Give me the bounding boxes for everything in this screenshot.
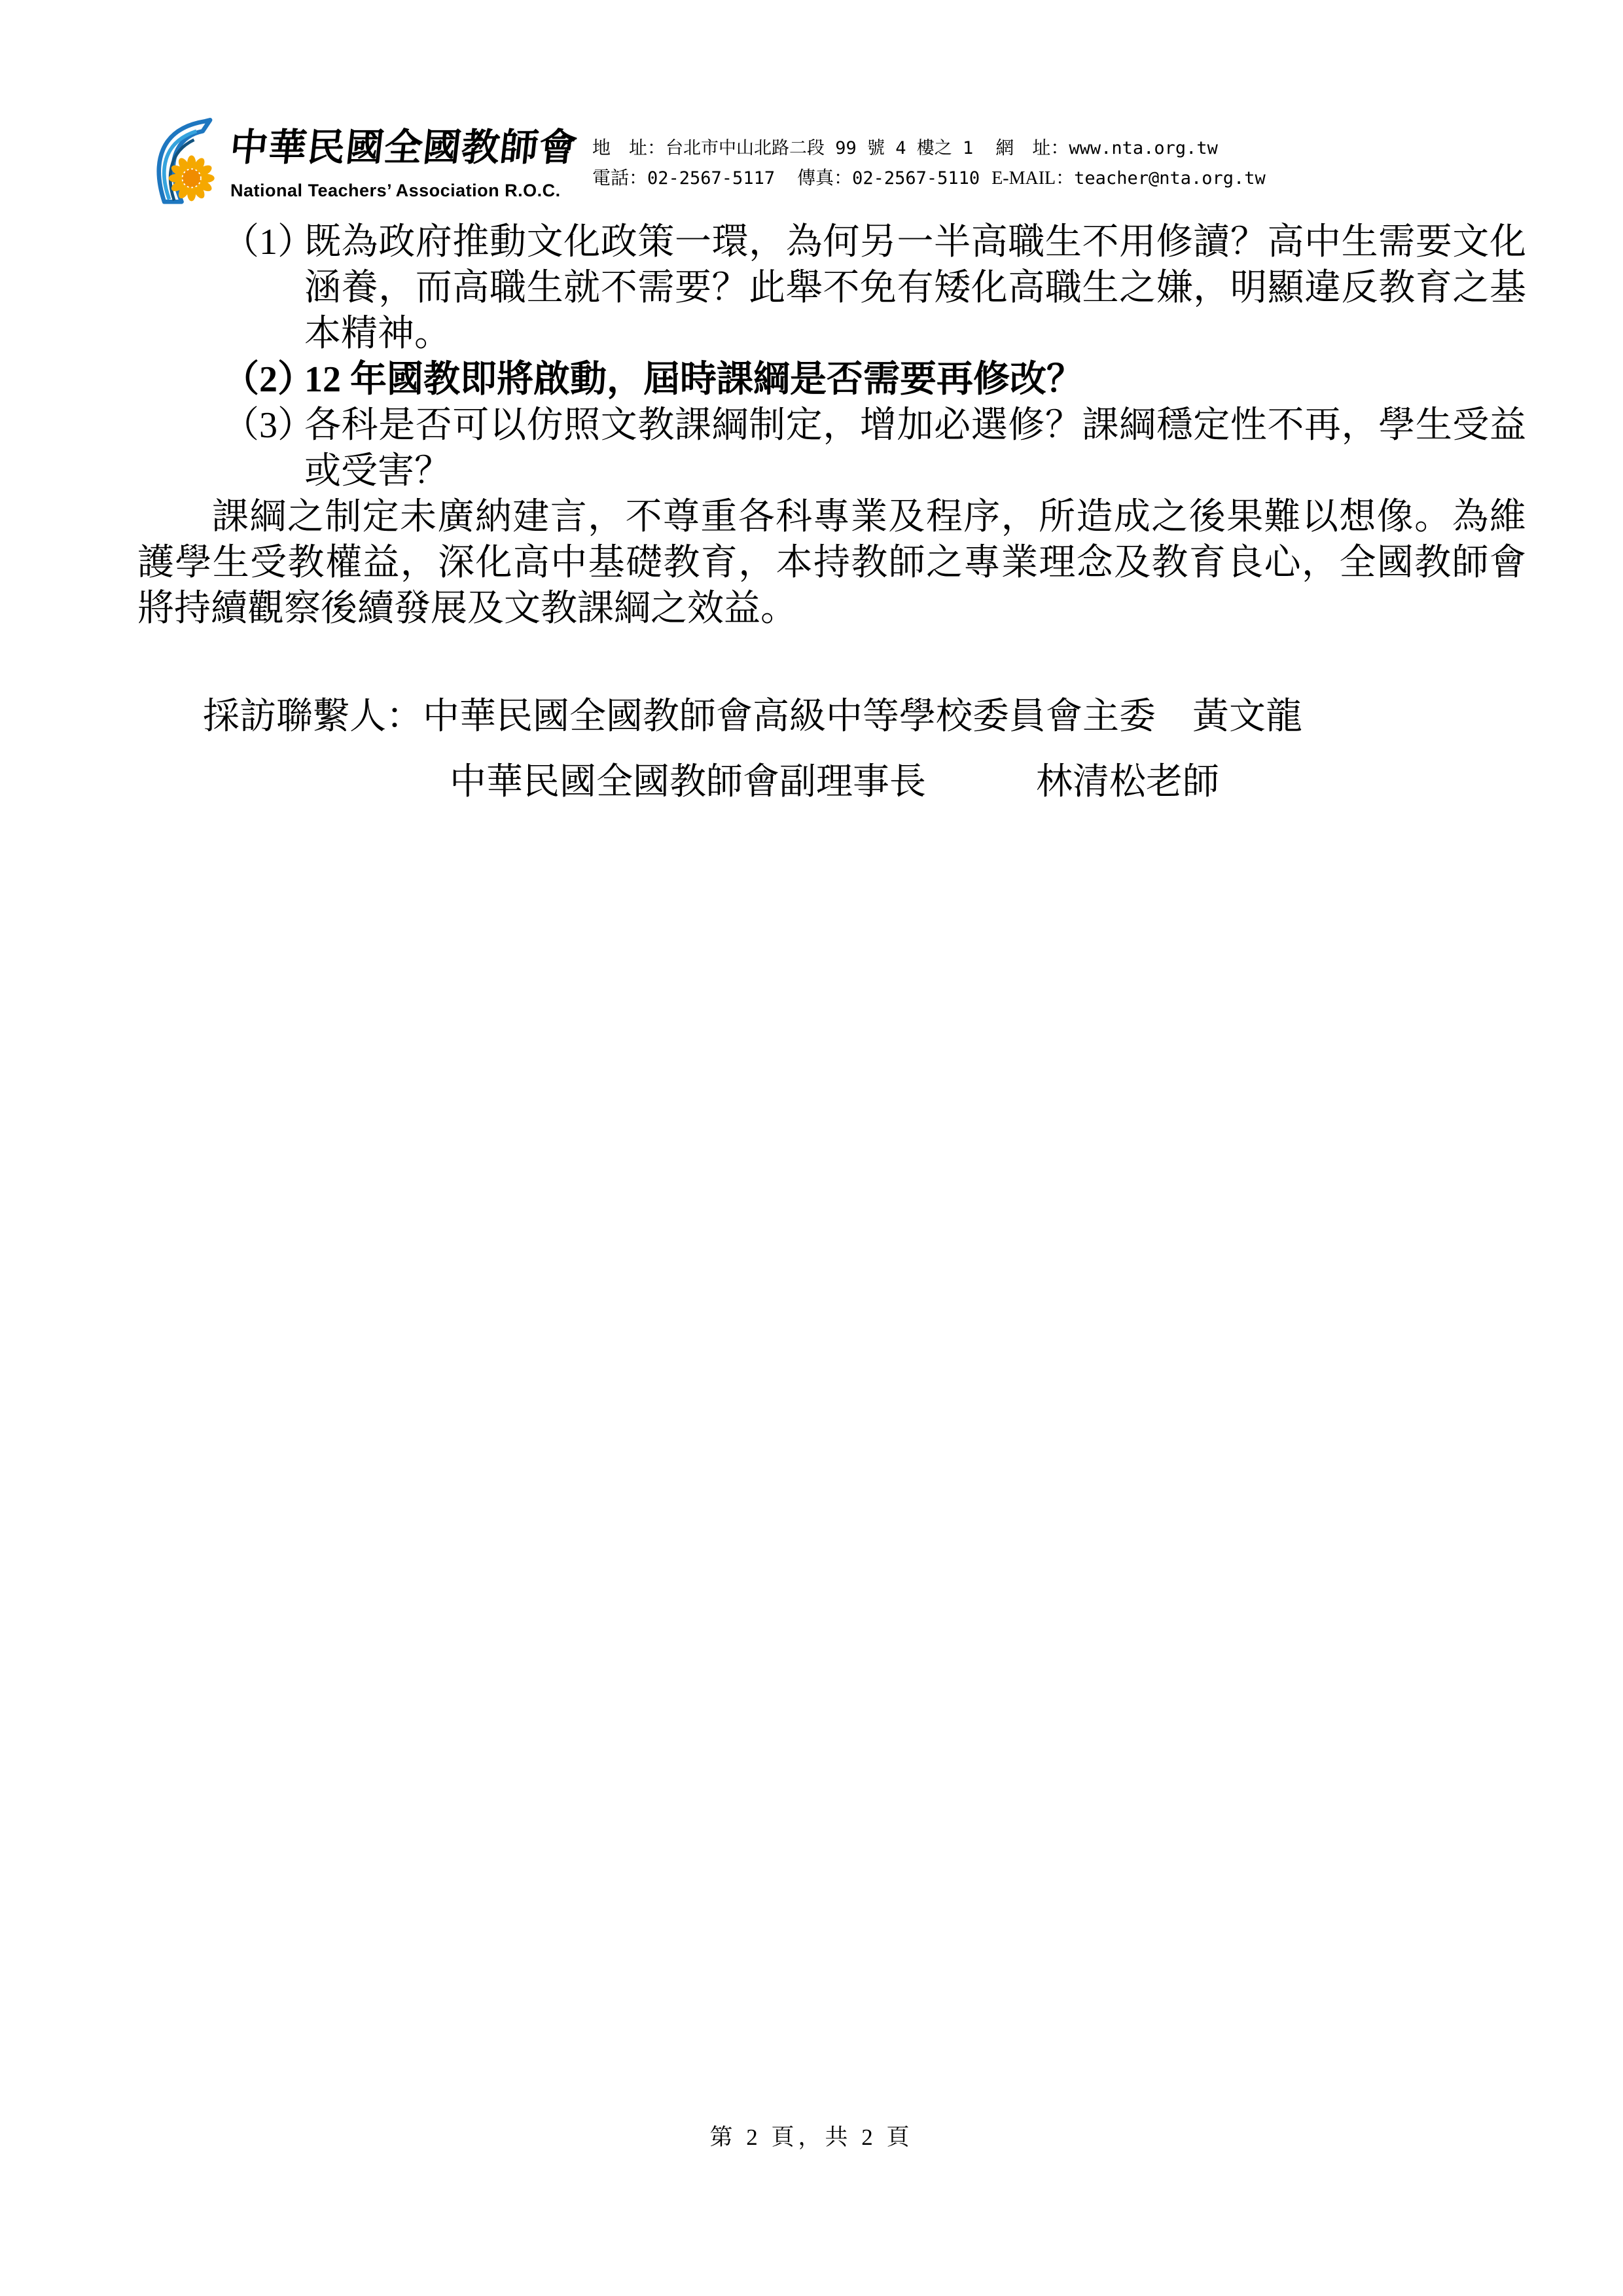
list-item-marker: （1） bbox=[223, 219, 314, 265]
contact-line-address: 地 址：台北市中山北路二段 99 號 4 樓之 1網 址：www.nta.org… bbox=[592, 134, 1266, 164]
document-page: 中華民國全國教師會 National Teachers’ Association… bbox=[0, 0, 1623, 2296]
press-contacts: 採訪聯繫人：中華民國全國教師會高級中等學校委員會主委 黃文龍 中華民國全國教師會… bbox=[137, 694, 1526, 805]
contact-line-phone: 電話：02-2567-5117傳真：02-2567-5110E-MAIL：tea… bbox=[592, 164, 1266, 194]
list-item-marker: （3） bbox=[223, 403, 314, 448]
address-label: 地 址： bbox=[592, 138, 666, 158]
document-body: （1） 既為政府推動文化政策一環，為何另一半高職生不用修讀？高中生需要文化涵養，… bbox=[137, 219, 1526, 805]
address-value: 台北市中山北路二段 99 號 4 樓之 1 bbox=[666, 138, 973, 158]
question-list: （1） 既為政府推動文化政策一環，為何另一半高職生不用修讀？高中生需要文化涵養，… bbox=[137, 219, 1526, 494]
closing-paragraph: 課綱之制定未廣納建言，不尊重各科專業及程序，所造成之後果難以想像。為維護學生受教… bbox=[137, 494, 1526, 632]
phone-label: 電話： bbox=[592, 168, 647, 188]
press-contact-line: 採訪聯繫人：中華民國全國教師會高級中等學校委員會主委 黃文龍 bbox=[203, 694, 1526, 740]
fax-value: 02-2567-5110 bbox=[852, 168, 980, 188]
nta-logo-icon bbox=[149, 113, 226, 206]
web-value: www.nta.org.tw bbox=[1069, 138, 1218, 158]
org-name-en: National Teachers’ Association R.O.C. bbox=[230, 181, 584, 201]
web-label: 網 址： bbox=[995, 138, 1069, 158]
email-value: teacher@nta.org.tw bbox=[1074, 168, 1266, 188]
email-label: E-MAIL： bbox=[991, 168, 1074, 188]
phone-value: 02-2567-5117 bbox=[647, 168, 775, 188]
page-number: 第 2 頁，共 2 頁 bbox=[709, 2125, 913, 2150]
list-item: （3） 各科是否可以仿照文教課綱制定，增加必選修？課綱穩定性不再，學生受益或受害… bbox=[137, 403, 1526, 494]
logo-text: 中華民國全國教師會 National Teachers’ Association… bbox=[230, 117, 584, 201]
org-name-zh: 中華民國全國教師會 bbox=[228, 117, 587, 171]
letterhead: 中華民國全國教師會 National Teachers’ Association… bbox=[0, 0, 1623, 216]
list-item: （2） 12 年國教即將啟動，屆時課綱是否需要再修改？ bbox=[137, 357, 1526, 403]
contact-block: 地 址：台北市中山北路二段 99 號 4 樓之 1網 址：www.nta.org… bbox=[592, 134, 1266, 194]
page-footer: 第 2 頁，共 2 頁 bbox=[0, 2119, 1623, 2152]
list-item-text: 12 年國教即將啟動，屆時課綱是否需要再修改？ bbox=[304, 359, 1083, 400]
list-item-marker: （2） bbox=[223, 357, 314, 403]
list-item-text: 既為政府推動文化政策一環，為何另一半高職生不用修讀？高中生需要文化涵養，而高職生… bbox=[304, 222, 1526, 354]
press-contact-line: 中華民國全國教師會副理事長 林清松老師 bbox=[450, 759, 1526, 805]
list-item-text: 各科是否可以仿照文教課綱制定，增加必選修？課綱穩定性不再，學生受益或受害？ bbox=[304, 405, 1526, 492]
fax-label: 傳真： bbox=[797, 168, 852, 188]
list-item: （1） 既為政府推動文化政策一環，為何另一半高職生不用修讀？高中生需要文化涵養，… bbox=[137, 219, 1526, 357]
